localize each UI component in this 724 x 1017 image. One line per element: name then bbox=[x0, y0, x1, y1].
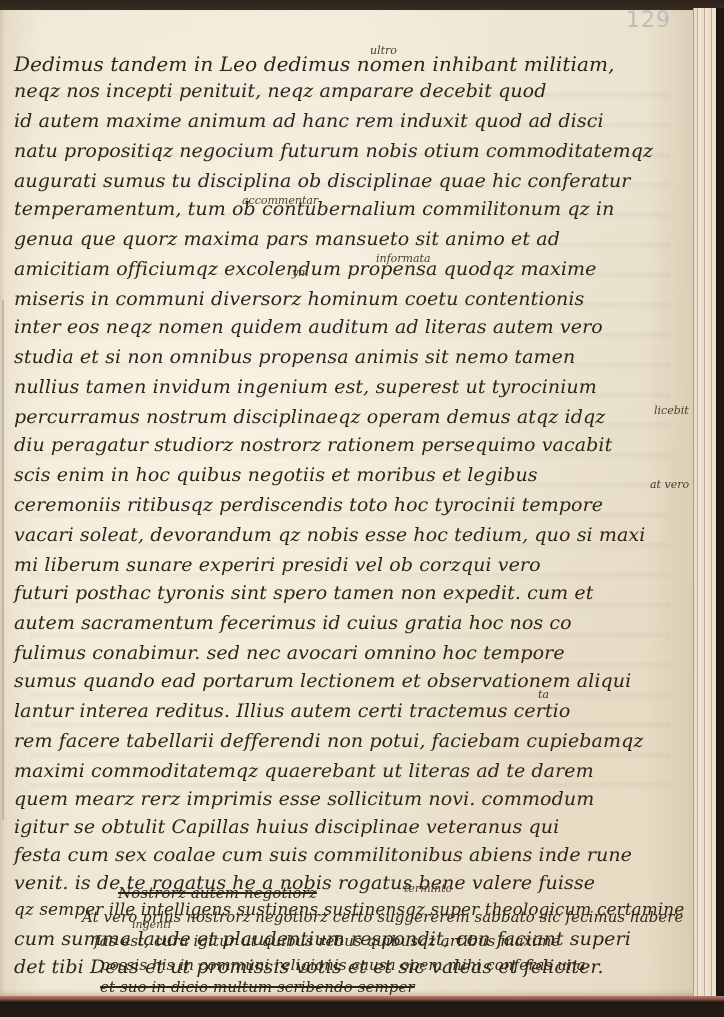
manuscript-line: nullius tamen invidum ingenium est, supe… bbox=[14, 376, 597, 398]
manuscript-line: autem sacramentum fecerimus id cuius gra… bbox=[14, 612, 572, 634]
interlinear-gloss: ultro bbox=[370, 44, 397, 57]
manuscript-line: mi liberum sunare experiri presidi vel o… bbox=[14, 554, 541, 576]
manuscript-line: diu peragatur studiorz nostrorz rationem… bbox=[14, 434, 612, 456]
manuscript-line: neqz nos incepti penituit, neqz amparare… bbox=[14, 80, 546, 102]
manuscript-line: ceremoniis ritibusqz perdiscendis toto h… bbox=[14, 494, 603, 516]
struck-line: Nostrorz autem negotiorz bbox=[118, 884, 317, 902]
manuscript-line: percurramus nostrum disciplinaeqz operam… bbox=[14, 406, 605, 428]
manuscript-line: quem mearz rerz imprimis esse sollicitum… bbox=[14, 788, 594, 810]
manuscript-line: studia et si non omnibus propensa animis… bbox=[14, 346, 575, 368]
manuscript-line: genua que quorz maxima pars mansueto sit… bbox=[14, 228, 560, 250]
manuscript-line: miseris in communi diversorz hominum coe… bbox=[14, 288, 584, 310]
binding-shadow bbox=[716, 8, 724, 1000]
manuscript-line: festa cum sex coalae cum suis commiliton… bbox=[14, 844, 632, 866]
struck-line: et suo in dicio multum scribendo semper bbox=[100, 978, 415, 996]
interlinear-gloss: terminto bbox=[404, 882, 452, 895]
manuscript-line: lantur interea reditus. Illius autem cer… bbox=[14, 700, 570, 722]
manuscript-line: temperamentum, tum ob contubernalium com… bbox=[14, 198, 614, 220]
manuscript-line: maximi commoditatemqz quaerebant ut lite… bbox=[14, 760, 594, 782]
manuscript-line: At vero prius nostrorz negotiorz certo s… bbox=[82, 908, 683, 926]
manuscript-line: id autem maxime animum ad hanc rem indux… bbox=[14, 110, 604, 132]
manuscript-line: natu propositiqz negocium futurum nobis … bbox=[14, 140, 653, 162]
manuscript-line: igitur se obtulit Capillas huius discipl… bbox=[14, 816, 559, 838]
interlinear-gloss: at vero bbox=[650, 478, 689, 491]
manuscript-line: vacari soleat, devorandum qz nobis esse … bbox=[14, 524, 645, 546]
manuscript-line: futuri posthac tyronis sint spero tamen … bbox=[14, 582, 594, 604]
gutter-shadow bbox=[2, 300, 4, 820]
manuscript-line: scis enim in hoc quibus negotiis et mori… bbox=[14, 464, 538, 486]
marginal-gloss: licebit bbox=[654, 404, 689, 417]
manuscript-line: inter eos neqz nomen quidem auditum ad l… bbox=[14, 316, 603, 338]
manuscript-line: Dedimus tandem in Leo dedimus nomen inhi… bbox=[14, 52, 615, 76]
interlinear-gloss: ym bbox=[292, 266, 309, 279]
manuscript-line: fulimus conabimur. sed nec avocari omnin… bbox=[14, 642, 565, 664]
folio-number: 129 bbox=[626, 8, 671, 33]
page-edge-stack bbox=[693, 8, 724, 1000]
manuscript-line: possis his in communi religionis causa o… bbox=[100, 956, 586, 974]
manuscript-line: fas est, cura igitur ut quibus rebus qui… bbox=[94, 932, 560, 950]
manuscript-line: augurati sumus tu disciplina ob discipli… bbox=[14, 170, 630, 192]
manuscript-line: rem facere tabellarii defferendi non pot… bbox=[14, 730, 643, 752]
book-bottom-edge bbox=[0, 996, 724, 1017]
